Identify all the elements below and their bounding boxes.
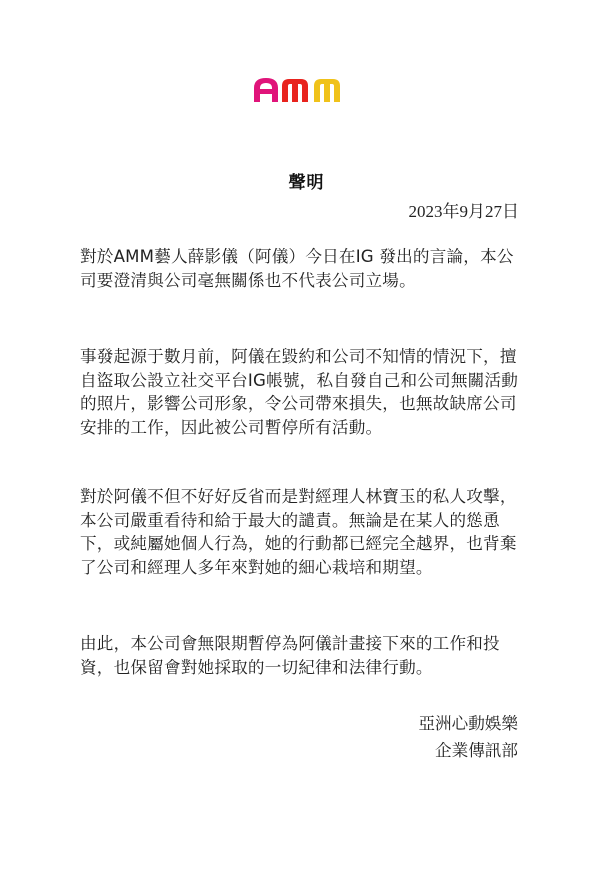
amm-logo <box>252 74 348 104</box>
signature-department: 企業傳訊部 <box>418 737 518 764</box>
statement-title: 聲明 <box>0 168 613 193</box>
logo-letter-m1 <box>282 79 308 102</box>
paragraph-clarification: 對於AMM藝人薛影儀（阿儀）今日在IG 發出的言論，本公司要澄清與公司毫無關係也… <box>80 245 530 292</box>
paragraph-action: 由此，本公司會無限期暫停為阿儀計畫接下來的工作和投資，也保留會對她採取的一切紀律… <box>80 632 530 679</box>
paragraph-background: 事發起源于數月前，阿儀在毀約和公司不知情的情況下，擅自盜取公設立社交平台IG帳號… <box>80 345 530 439</box>
paragraph-condemnation: 對於阿儀不但不好好反省而是對經理人林寶玉的私人攻擊，本公司嚴重看待和給于最大的譴… <box>80 485 530 579</box>
logo-letter-a <box>254 78 278 102</box>
signature-company: 亞洲心動娛樂 <box>418 710 518 737</box>
statement-date: 2023年9月27日 <box>409 197 520 222</box>
logo-letter-m2 <box>314 79 340 102</box>
signature-block: 亞洲心動娛樂 企業傳訊部 <box>418 710 518 764</box>
